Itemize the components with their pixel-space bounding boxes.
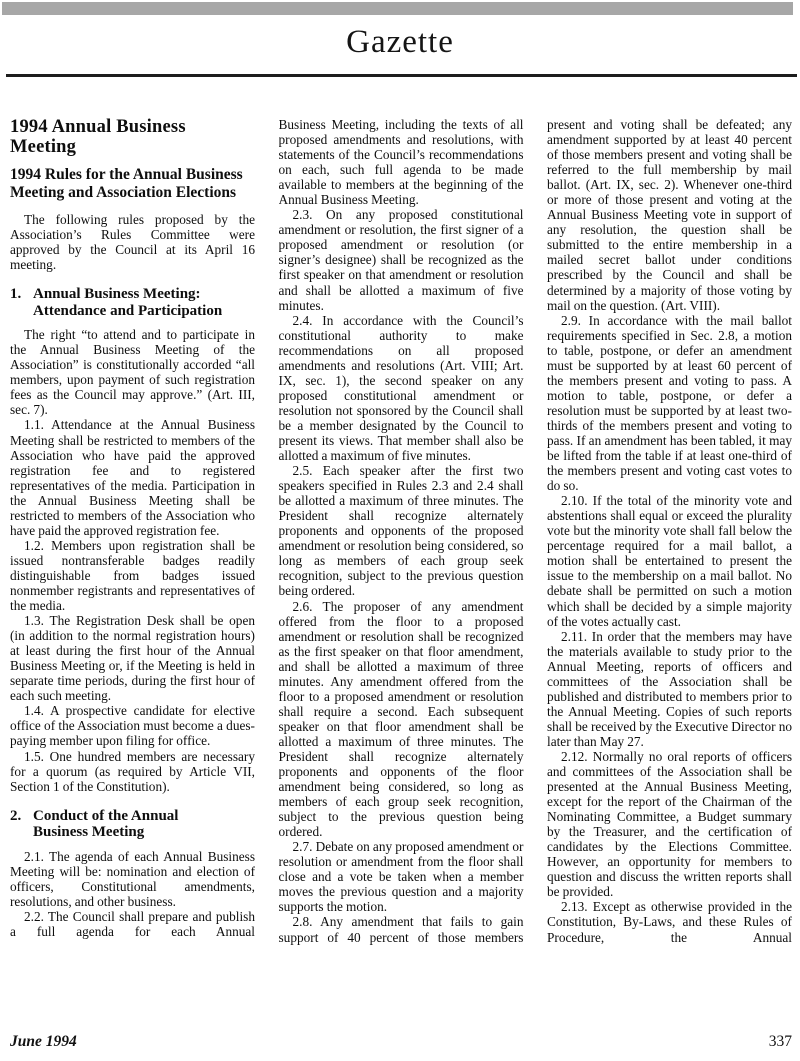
rule-2-13-part-1: 2.13. Except as otherwise provided in th… <box>547 899 792 944</box>
rule-2-7: 2.7. Debate on any proposed amendment or… <box>279 839 524 914</box>
rule-2-2-part-2: Business Meeting, including the texts of… <box>279 117 524 207</box>
article-column-2: Business Meeting, including the texts of… <box>279 117 524 1027</box>
intro-paragraph: The following rules proposed by the Asso… <box>10 212 255 272</box>
page-footer: June 1994 337 <box>10 1033 792 1051</box>
rule-2-8-part-2: present and voting shall be defeated; an… <box>547 117 792 313</box>
rule-2-10: 2.10. If the total of the minority vote … <box>547 493 792 628</box>
section-1-heading-text: Annual Business Meeting:Attendance and P… <box>33 286 255 319</box>
footer-issue-date: June 1994 <box>10 1033 77 1051</box>
rule-2-4: 2.4. In accordance with the Council’s co… <box>279 313 524 463</box>
gazette-page: Gazette 1994 Annual Business Meeting1994… <box>0 0 800 1061</box>
footer-page-number: 337 <box>769 1033 792 1051</box>
article-columns: 1994 Annual Business Meeting1994 Rules f… <box>10 117 792 1027</box>
section-2-heading-text: Conduct of the AnnualBusiness Meeting <box>33 808 255 841</box>
rule-2-1: 2.1. The agenda of each Annual Business … <box>10 849 255 909</box>
section-2-heading: 2.Conduct of the AnnualBusiness Meeting <box>10 808 255 841</box>
rule-1-3: 1.3. The Registration Desk shall be open… <box>10 613 255 703</box>
masthead-title: Gazette <box>0 24 800 61</box>
rule-2-2-part-1: 2.2. The Council shall prepare and publi… <box>10 909 255 939</box>
rule-2-8-part-1: 2.8. Any amendment that fails to gain su… <box>279 914 524 944</box>
rule-1-5: 1.5. One hundred members are necessary f… <box>10 749 255 794</box>
article-subtitle: 1994 Rules for the Annual Business Meeti… <box>10 166 255 201</box>
rule-2-3: 2.3. On any proposed constitutional amen… <box>279 207 524 312</box>
rule-1-2: 1.2. Members upon registration shall be … <box>10 538 255 613</box>
rule-1-1: 1.1. Attendance at the Annual Business M… <box>10 417 255 537</box>
rule-2-9: 2.9. In accordance with the mail ballot … <box>547 313 792 494</box>
section-1-heading-number: 1. <box>10 286 33 319</box>
rule-2-12: 2.12. Normally no oral reports of office… <box>547 749 792 899</box>
para-right-to-attend: The right “to attend and to participate … <box>10 327 255 417</box>
article-column-1: 1994 Annual Business Meeting1994 Rules f… <box>10 117 255 1027</box>
section-1-heading: 1.Annual Business Meeting:Attendance and… <box>10 286 255 319</box>
masthead-bar <box>2 2 793 15</box>
article-title: 1994 Annual Business Meeting <box>10 117 255 157</box>
rule-2-5: 2.5. Each speaker after the first two sp… <box>279 463 524 598</box>
masthead-rule <box>6 74 797 77</box>
article-column-3: present and voting shall be defeated; an… <box>547 117 792 1027</box>
rule-2-11: 2.11. In order that the members may have… <box>547 629 792 749</box>
section-2-heading-number: 2. <box>10 808 33 841</box>
rule-2-6: 2.6. The proposer of any amendment offer… <box>279 599 524 840</box>
rule-1-4: 1.4. A prospective candidate for electiv… <box>10 703 255 748</box>
